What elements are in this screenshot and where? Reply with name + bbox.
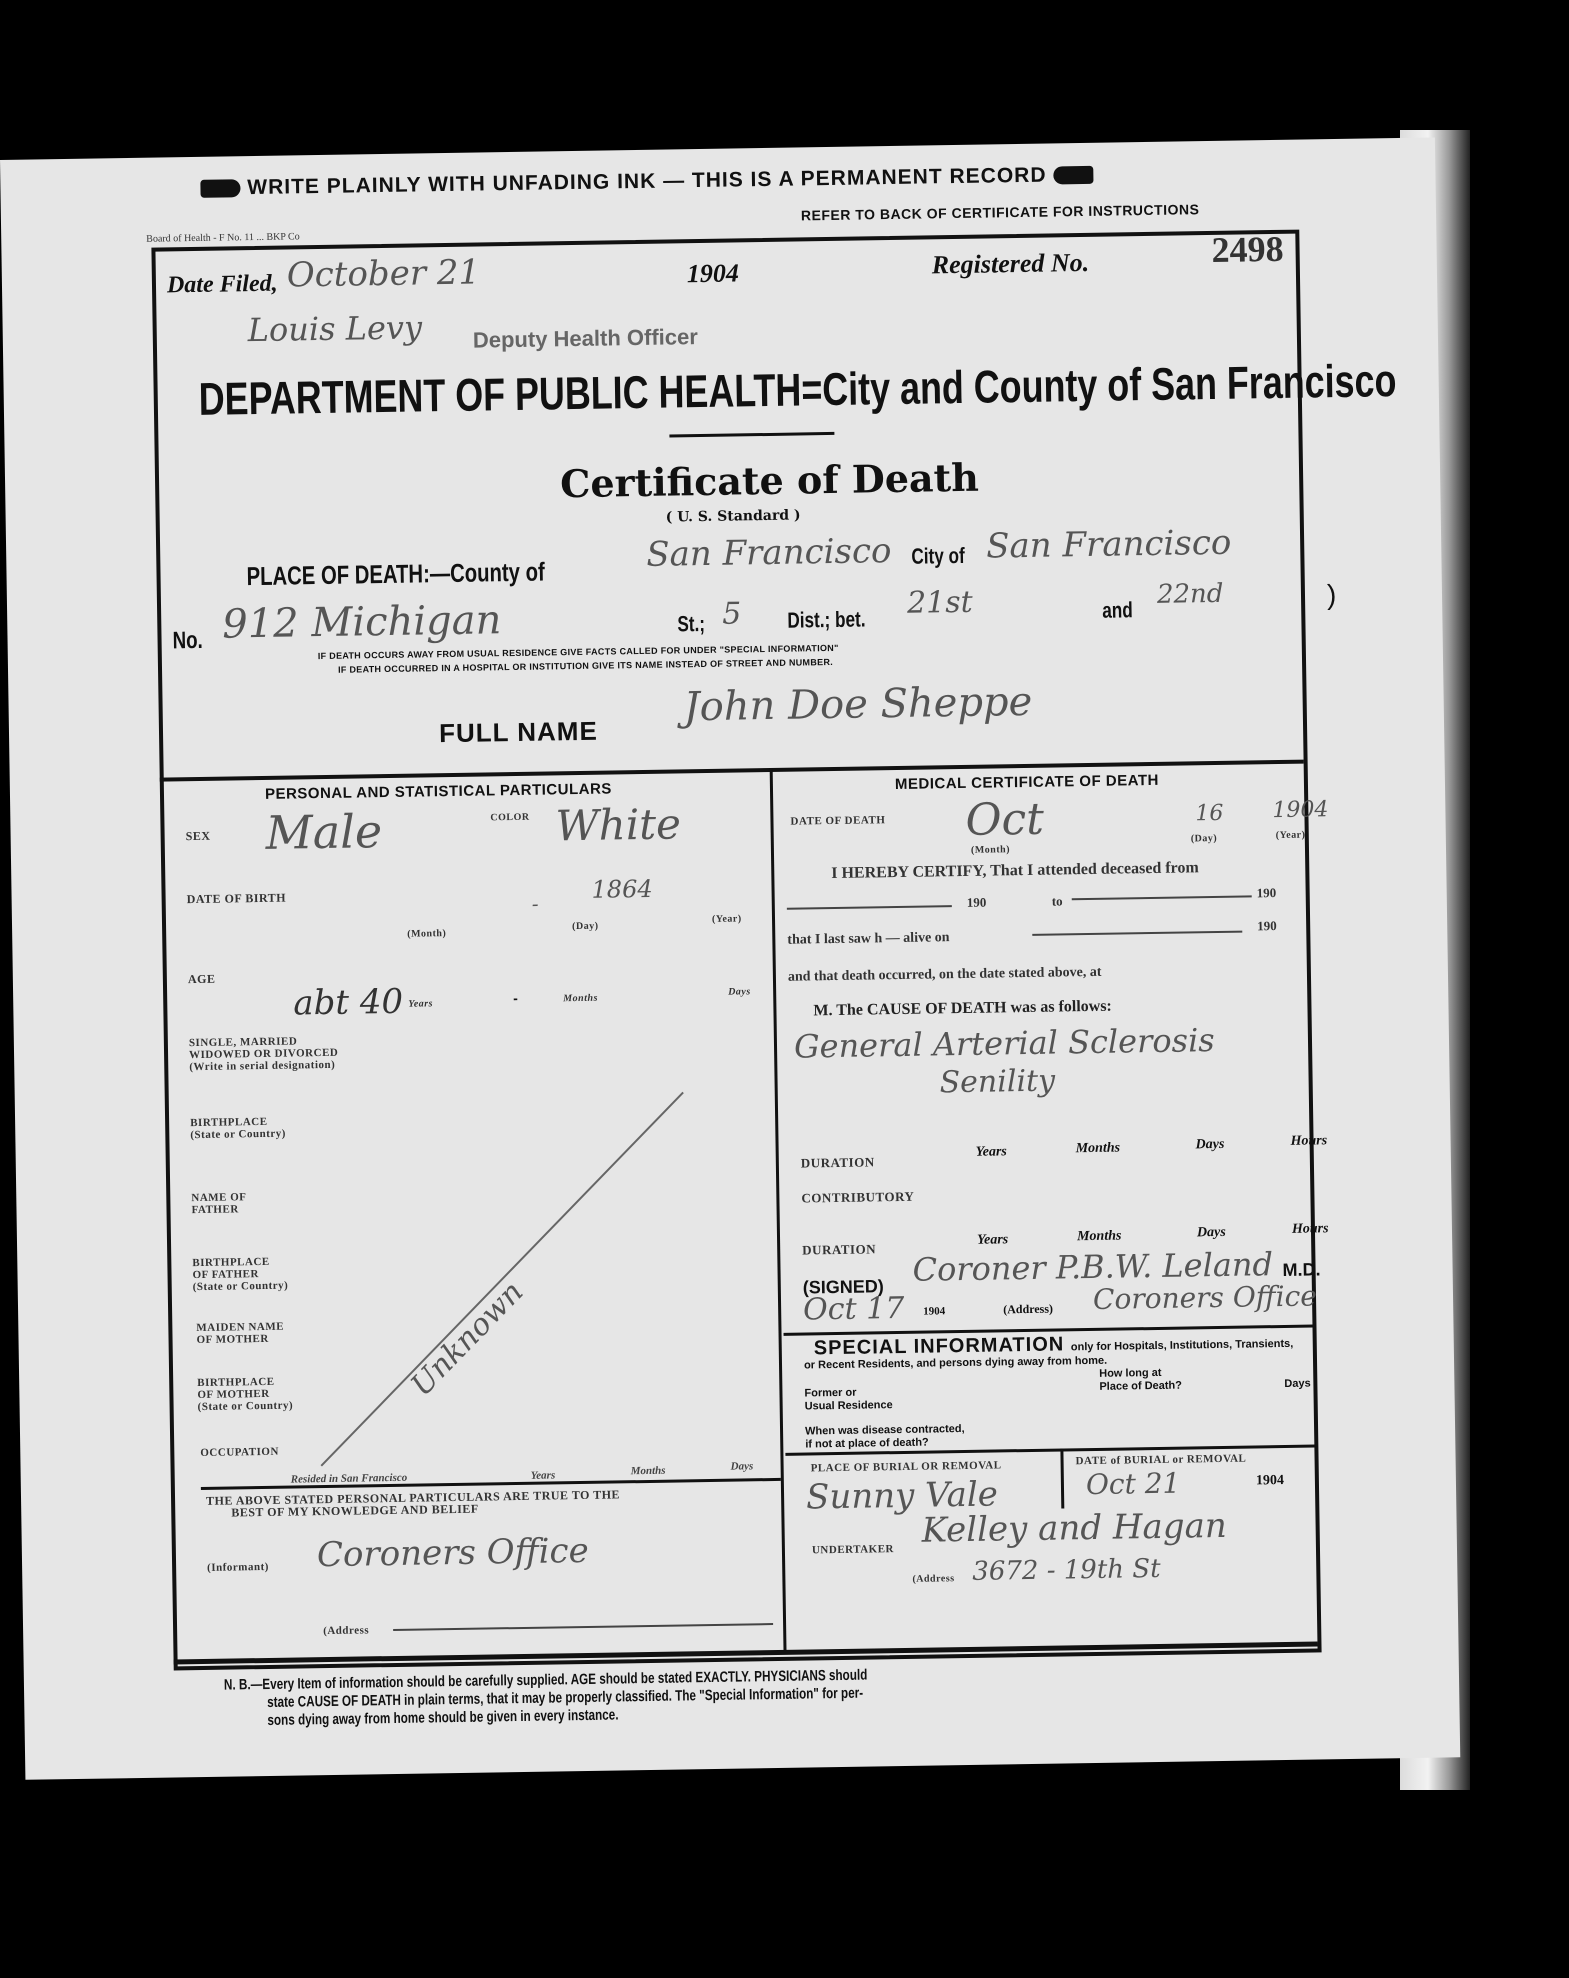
between-2: 22nd (1157, 579, 1224, 610)
mother-name-label: MAIDEN NAME OF MOTHER (196, 1321, 284, 1346)
certificate-title: Certificate of Death (560, 455, 979, 507)
duration-months: Months (1076, 1141, 1121, 1158)
city-label: City of (911, 543, 965, 570)
dod-year: 1904 (1272, 797, 1328, 823)
close-paren: ) (1327, 579, 1337, 611)
dob-day: - (532, 892, 539, 916)
city-value: San Francisco (986, 523, 1232, 567)
street-no-label: No. (172, 627, 203, 655)
signed-address-value: Coroners Office (1093, 1279, 1317, 1316)
duration2-hours: Hours (1292, 1221, 1329, 1238)
registered-number: 2498 (1211, 228, 1284, 271)
contributory-label: CONTRIBUTORY (801, 1189, 914, 1207)
form-number: Board of Health - F No. 11 ... BKP Co (146, 231, 300, 244)
dod-day-caption: (Day) (1191, 833, 1218, 844)
md-label: M.D. (1282, 1259, 1320, 1281)
refer-instructions: REFER TO BACK OF CERTIFICATE FOR INSTRUC… (801, 201, 1200, 223)
mother-birthplace-label: BIRTHPLACE OF MOTHER (State or Country) (197, 1376, 293, 1413)
banner: WRITE PLAINLY WITH UNFADING INK — THIS I… (200, 163, 1093, 201)
attended-year-b: 190 (1257, 885, 1277, 901)
color-label: COLOR (490, 812, 529, 824)
st-value: 5 (722, 596, 742, 631)
undertaker-address-value: 3672 - 19th St (972, 1554, 1161, 1587)
marital-label: SINGLE, MARRIED WIDOWED OR DIVORCED (Wri… (189, 1035, 339, 1073)
dod-day: 16 (1195, 801, 1223, 826)
full-name-label: FULL NAME (439, 716, 598, 749)
between-1: 21st (907, 585, 973, 621)
dod-month-caption: (Month) (971, 844, 1010, 856)
officer-signature: Louis Levy (247, 308, 422, 349)
birthplace-label: BIRTHPLACE (State or Country) (190, 1116, 286, 1141)
officer-title: Deputy Health Officer (473, 324, 698, 354)
duration2-days: Days (1197, 1225, 1226, 1241)
former-residence-label: Former or Usual Residence (804, 1386, 892, 1413)
county-value: San Francisco (646, 531, 892, 575)
father-birthplace-label: BIRTHPLACE OF FATHER (State or Country) (192, 1256, 288, 1293)
full-name-value: John Doe Sheppe (683, 679, 1032, 730)
informant-value: Coroners Office (317, 1531, 589, 1575)
resided-months: Months (631, 1465, 666, 1478)
duration-label: DURATION (801, 1154, 875, 1171)
duration2-months: Months (1077, 1229, 1122, 1246)
signed-date: Oct 17 (803, 1291, 905, 1328)
how-long-label: How long at Place of Death? (1099, 1367, 1182, 1394)
duration-years: Years (976, 1144, 1007, 1160)
dod-year-caption: (Year) (1276, 830, 1306, 841)
duration-days: Days (1195, 1137, 1224, 1153)
duration2-label: DURATION (802, 1241, 876, 1258)
age-months-caption: Months (563, 993, 598, 1005)
banner-text: WRITE PLAINLY WITH UNFADING INK — THIS I… (247, 164, 1047, 200)
informant-label: (Informant) (207, 1561, 269, 1574)
duration-hours: Hours (1290, 1133, 1327, 1150)
how-long-days: Days (1284, 1378, 1310, 1390)
certificate-page: WRITE PLAINLY WITH UNFADING INK — THIS I… (0, 137, 1460, 1779)
undertaker-address-label: (Address (912, 1573, 954, 1585)
registered-label: Registered No. (932, 248, 1090, 280)
age-years-caption: Years (408, 998, 433, 1009)
dist-label: Dist.; bet. (787, 606, 866, 633)
signed-year: 1904 (923, 1305, 945, 1317)
place-of-death-label: PLACE OF DEATH:—County of (246, 556, 545, 592)
age-days-caption: Days (728, 986, 751, 997)
resided-days: Days (731, 1460, 754, 1472)
alive-year: 190 (1257, 918, 1277, 934)
dob-month-caption: (Month) (407, 928, 446, 940)
street-address: 912 Michigan (222, 597, 502, 647)
last-saw-label: that I last saw h — alive on (787, 930, 949, 949)
cause-secondary: Senility (939, 1064, 1055, 1101)
and-label: and (1102, 597, 1133, 623)
sex-value: Male (265, 804, 382, 860)
resided-years: Years (531, 1469, 556, 1481)
to-label: to (1052, 893, 1063, 909)
dod-label: DATE OF DEATH (790, 814, 885, 827)
footnote: N. B.—Every Item of information should b… (224, 1667, 868, 1731)
dob-label: DATE OF BIRTH (187, 891, 287, 908)
attended-year-a: 190 (967, 895, 987, 911)
cause-primary: General Arterial Sclerosis (794, 1021, 1215, 1066)
informant-address-label: (Address (323, 1624, 369, 1637)
pointing-hand-right-icon (200, 180, 240, 199)
dod-month: Oct (965, 794, 1044, 846)
dob-year: 1864 (591, 875, 653, 904)
when-contracted-label: When was disease contracted, if not at p… (805, 1423, 965, 1452)
date-filed-label: Date Filed, (167, 271, 278, 300)
sex-label: SEX (186, 829, 211, 844)
dob-year-caption: (Year) (712, 913, 742, 924)
us-standard: ( U. S. Standard ) (666, 507, 801, 525)
dob-day-caption: (Day) (572, 921, 599, 932)
st-label: St.; (677, 611, 705, 637)
age-months: - (513, 990, 518, 1006)
duration2-years: Years (977, 1232, 1008, 1248)
age-label: AGE (188, 972, 216, 987)
filed-year: 1904 (687, 258, 739, 289)
color-value: White (555, 799, 681, 850)
age-value: abt 40 (293, 982, 403, 1024)
occupation-label: OCCUPATION (200, 1446, 279, 1459)
father-name-label: NAME OF FATHER (191, 1191, 247, 1216)
burial-date-value: Oct 21 (1086, 1467, 1181, 1501)
burial-date-year: 1904 (1256, 1473, 1284, 1489)
undertaker-value: Kelley and Hagan (921, 1506, 1227, 1551)
undertaker-label: UNDERTAKER (812, 1543, 894, 1556)
date-filed-value: October 21 (287, 252, 481, 295)
pointing-hand-left-icon (1053, 166, 1093, 185)
signed-address-label: (Address) (1003, 1302, 1053, 1318)
